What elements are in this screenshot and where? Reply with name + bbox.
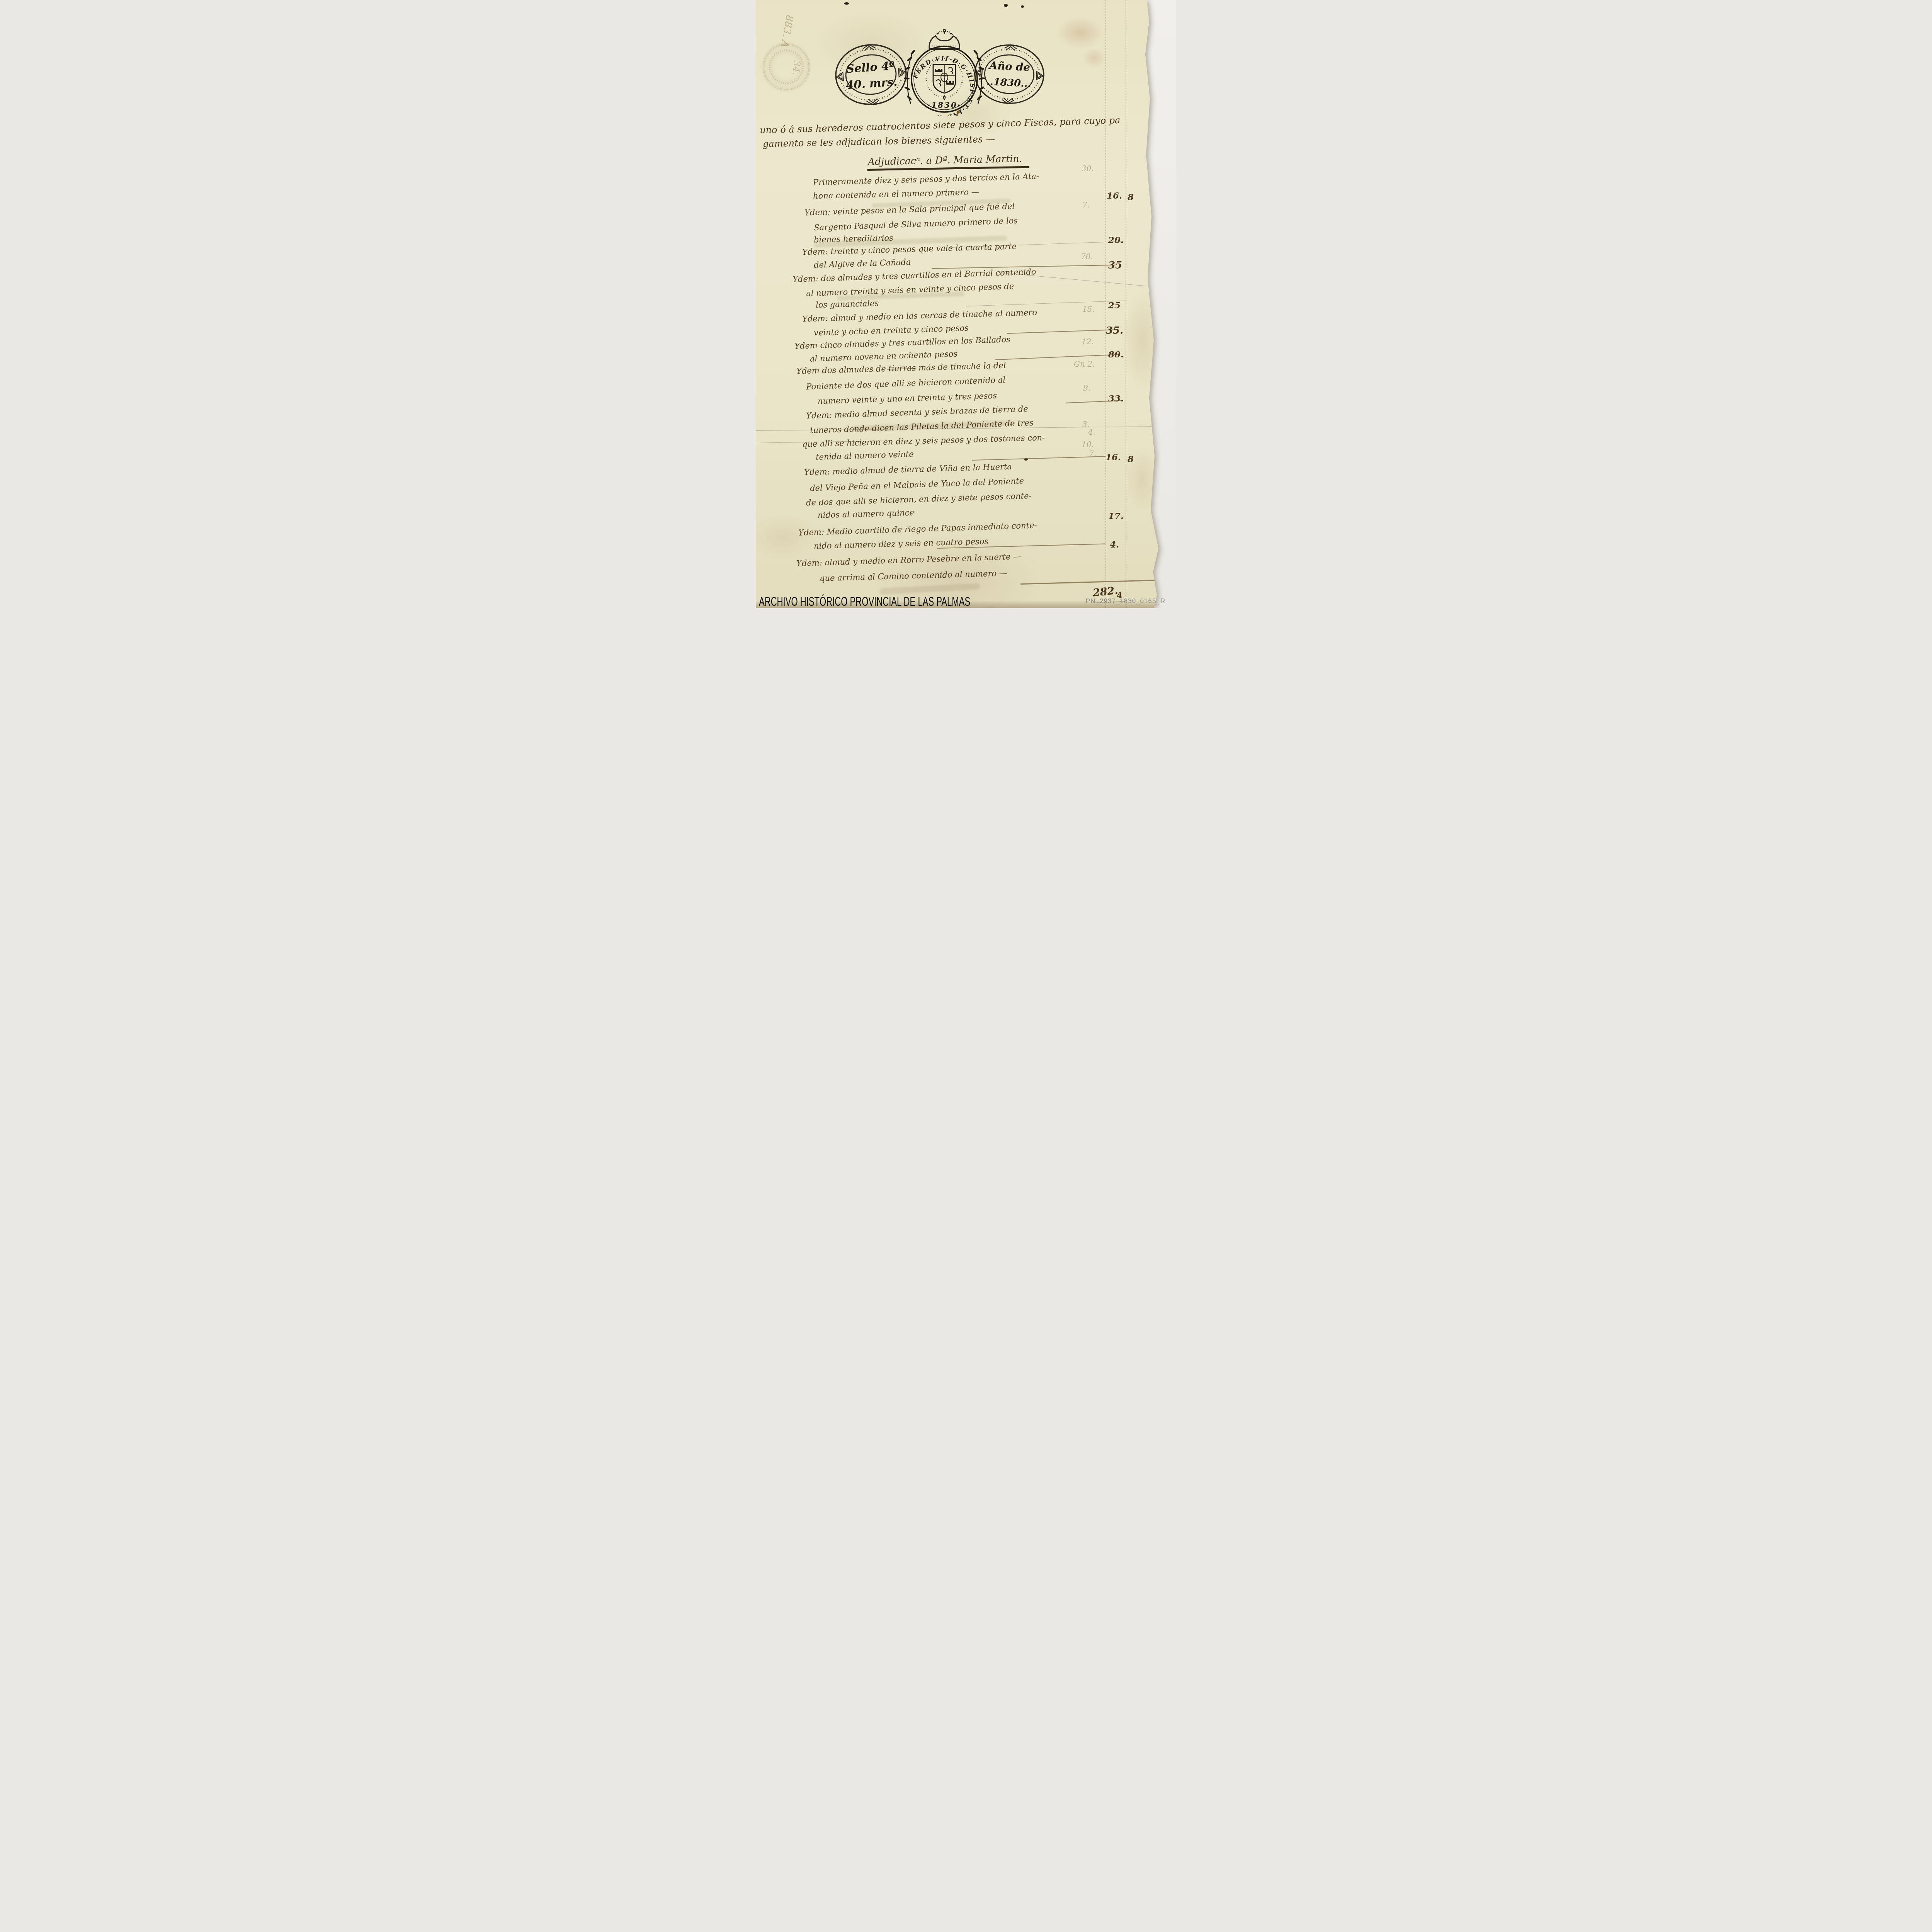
stamp-right-line1: Año de	[988, 59, 1030, 74]
entry-line: Ydem: almud y medio en las cercas de tin…	[802, 308, 1037, 324]
paper-shadow-wrap: 883. A 34. Sello 4º 40. mrs.	[756, 0, 1176, 608]
tax-stamp-left: Sello 4º 40. mrs.	[832, 41, 910, 109]
leader-line	[1007, 329, 1118, 334]
amount-reales: 8	[1128, 192, 1134, 202]
year-stamp-right: Año de ..1830...	[972, 40, 1047, 109]
diamond-ornament-icon	[975, 68, 982, 77]
ghost-margin-figure: 7.	[1082, 200, 1090, 209]
entry-line: Ydem: medio almud de tierra de Viña en l…	[804, 462, 1012, 477]
entry-line: al numero noveno en ochenta pesos	[810, 349, 958, 363]
entry-line: tuneros donde dicen las Piletas la del P…	[810, 418, 1034, 435]
manuscript-paper: 883. A 34. Sello 4º 40. mrs.	[756, 0, 1159, 608]
dirt-speck	[1004, 4, 1008, 7]
entry-line: numero veinte y uno en treinta y tres pe…	[818, 391, 997, 406]
entry-line: Ydem: medio almud secenta y seis brazas …	[806, 404, 1028, 420]
ghost-margin-figure: 9.	[1083, 383, 1090, 393]
leader-line	[972, 456, 1105, 461]
amount-pesos: 16.	[1107, 190, 1122, 201]
reference-watermark: PN_2937_1830_0165_R	[1086, 597, 1165, 605]
dirt-speck	[1021, 5, 1024, 8]
intro-line: uno ó á sus herederos cuatrocientos siet…	[760, 115, 1121, 136]
total-pesos: 282.	[1092, 585, 1119, 599]
entry-line: bienes hereditarios	[814, 233, 893, 244]
entry-line: Primeramente diez y seis pesos y dos ter…	[813, 172, 1039, 187]
entry-line: que arrima al Camino contenido al numero…	[820, 568, 1007, 583]
ledger-rule-right	[1126, 0, 1126, 608]
ghost-margin-figure: 15.	[1082, 304, 1095, 314]
stamp-left-line2: 40. mrs.	[845, 75, 898, 92]
diamond-ornament-icon	[836, 72, 843, 81]
total-rule	[1020, 580, 1158, 585]
entry-line: Ydem: dos almudes y tres cuartillos en e…	[793, 267, 1036, 284]
ghost-margin-figure: 12.	[1082, 337, 1094, 346]
entry-line: del Viejo Peña en el Malpais de Yuco la …	[810, 476, 1024, 493]
entry-line: hona contenida en el numero primero —	[813, 187, 980, 201]
ghost-margin-figure: 30.	[1082, 164, 1094, 173]
entry-line: Ydem: almud y medio en Rorro Pesebre en …	[796, 552, 1022, 568]
ledger-rule-left	[1105, 0, 1106, 608]
leader-line	[966, 301, 1125, 306]
entry-line: nido al numero diez y seis en cuatro pes…	[814, 537, 989, 551]
amount-reales: 8	[1128, 454, 1134, 464]
lion-icon	[948, 67, 953, 74]
bleedthrough-smudge	[879, 583, 980, 595]
entry-line: nidos al numero quince	[818, 508, 914, 520]
amount-pesos: 35	[1108, 260, 1122, 271]
stamp-right-line2: ..1830...	[986, 76, 1031, 90]
entry-line: Poniente de dos que alli se hicieron con…	[806, 375, 1006, 391]
center-stamp-year: ·1830·	[927, 100, 961, 110]
stamp-left-line1: Sello 4º	[846, 59, 895, 76]
entry-line: de dos que alli se hicieron, en diez y s…	[806, 491, 1032, 507]
corner-note: 883. A	[778, 14, 795, 49]
ghost-margin-figure: 4.	[1088, 427, 1095, 437]
amount-pesos: 35.	[1106, 325, 1123, 337]
entry-line: tenida al numero veinte	[816, 449, 914, 462]
amount-pesos: 16.	[1105, 452, 1121, 463]
amount-pesos: 20.	[1108, 235, 1124, 245]
amount-pesos: 4.	[1110, 539, 1119, 550]
ghost-margin-figure: 70.	[1081, 252, 1093, 261]
entry-line: los gananciales	[816, 299, 879, 310]
fleece-pendant-icon	[944, 95, 945, 100]
entry-line: Sargento Pasqual de Silva numero primero…	[814, 216, 1018, 232]
amount-pesos: 17.	[1108, 511, 1124, 521]
leader-line	[995, 354, 1120, 360]
ghost-margin-figure: Gn 2.	[1074, 359, 1095, 369]
intro-line: gamento se les adjudican los bienes sigu…	[763, 134, 995, 150]
archive-caption: ARCHIVO HISTÓRICO PROVINCIAL DE LAS PALM…	[759, 594, 970, 608]
entry-line: Ydem dos almudes de t̶i̶e̶r̶r̶a̶s̶ más d…	[796, 361, 1006, 376]
entry-line: del Algive de la Cañada	[814, 257, 911, 270]
entry-line: Ydem cinco almudes y tres cuartillos en …	[794, 335, 1011, 351]
entry-line: veinte y ocho en treinta y cinco pesos	[814, 323, 969, 338]
corner-seal-number: 34.	[790, 60, 802, 76]
lion-icon	[936, 80, 941, 86]
amount-pesos: 25	[1108, 300, 1121, 311]
amount-pesos: 80.	[1108, 349, 1124, 360]
ghost-margin-figure: 7.	[1089, 449, 1096, 458]
entry-line: que alli se hicieron en diez y seis peso…	[802, 433, 1045, 449]
amount-pesos: 33.	[1108, 393, 1124, 404]
scanned-manuscript-page: 883. A 34. Sello 4º 40. mrs.	[756, 0, 1176, 608]
ghost-margin-figure: 10.	[1082, 440, 1094, 449]
entry-line: Ydem: Medio cuartillo de riego de Papas …	[798, 520, 1037, 537]
section-heading: Adjudicacⁿ. a Dª. Maria Martin.	[868, 153, 1022, 167]
dirt-speck	[844, 2, 849, 5]
diamond-ornament-icon	[1036, 71, 1044, 80]
